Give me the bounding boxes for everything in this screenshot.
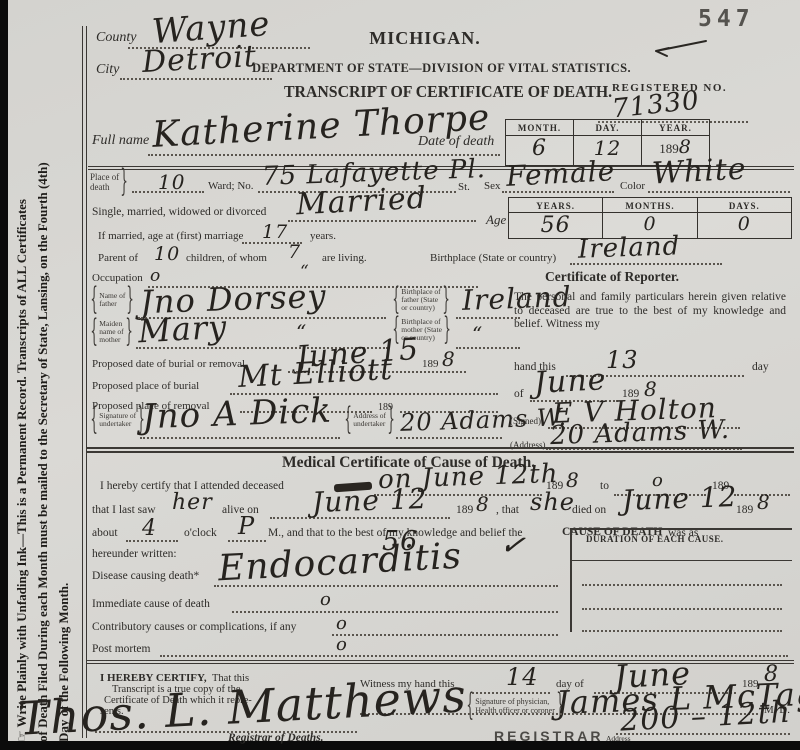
color-label: Color xyxy=(620,180,645,192)
brace-glyph: } xyxy=(125,314,132,350)
father-name-label: { Name of father } xyxy=(90,292,135,308)
duration-header: DURATION OF EACH CAUSE. xyxy=(586,534,724,544)
reporter-body-text: The personal and family particulars here… xyxy=(514,291,786,332)
brace-glyph: { xyxy=(90,402,97,438)
ward-line xyxy=(132,191,204,193)
color-line xyxy=(648,191,790,193)
marital-label: Single, married, widowed or divorced xyxy=(92,206,266,218)
brace-glyph: } xyxy=(387,402,394,438)
mother-birthplace-line xyxy=(456,347,520,349)
father-label-2: father xyxy=(99,300,125,308)
reporter-day-label: day xyxy=(752,361,769,373)
place-of-death-label: Place of death } xyxy=(90,172,129,192)
margin-instructions-line1: ☞ Write Plainly with Unfading Ink—This i… xyxy=(11,0,32,742)
birthplace-line xyxy=(570,263,722,265)
section-rule-2b xyxy=(86,451,794,453)
med-l2-date2: June 12 xyxy=(621,480,737,517)
burial-date-label: Proposed date of burial or removal xyxy=(92,358,245,370)
sex-line xyxy=(502,191,614,193)
undertaker-signature-label: { Signature of undertaker } xyxy=(90,412,145,428)
undertaker-address-label: { Address of undertaker } xyxy=(344,412,395,428)
footer-address-line xyxy=(616,733,790,735)
med-l2-her: her xyxy=(172,490,213,515)
age-days-header: DAYS. xyxy=(698,198,791,212)
age-years-value: 56 xyxy=(541,213,571,238)
are-living-label: are living. xyxy=(322,252,367,264)
undertaker-address-value: 20 Adams W. xyxy=(400,403,568,437)
marital-value: Married xyxy=(295,181,427,223)
postmortem-line xyxy=(160,655,788,657)
parent-of-label: Parent of xyxy=(98,252,138,264)
age-days-value: 0 xyxy=(738,213,751,235)
occupation-label: Occupation xyxy=(92,272,143,284)
margin-instructions-line3: Day of the Following Month. xyxy=(53,0,74,742)
marriage-years-label: years. xyxy=(310,230,336,242)
undertaker-sig-label-2: undertaker xyxy=(99,420,136,428)
mother-label-3: mother xyxy=(99,336,123,344)
med-l2-she: she xyxy=(530,488,575,516)
marriage-age-label: If married, age at (first) marriage xyxy=(98,230,243,242)
footer-day-value: 14 xyxy=(506,663,539,691)
med-l2-y2-digit: 8 xyxy=(757,490,771,514)
st-label: St. xyxy=(458,181,470,193)
children-count-value: 10 xyxy=(154,243,180,265)
form-left-rule-outer xyxy=(82,26,83,738)
brace-glyph: { xyxy=(90,282,97,318)
margin-instructions-line2: of Death Filed During each Month must be… xyxy=(32,0,53,742)
mother-name-value: Mary xyxy=(137,308,228,351)
med-l2-y1-digit: 8 xyxy=(476,492,490,516)
brace-glyph: } xyxy=(443,312,450,348)
dod-month-header: MONTH. xyxy=(506,120,574,135)
contributory-value: o xyxy=(336,613,348,634)
city-label: City xyxy=(96,62,119,78)
reporter-day-value: 13 xyxy=(606,346,639,374)
color-value: White xyxy=(651,152,747,192)
department-line: DEPARTMENT OF STATE—DIVISION OF VITAL ST… xyxy=(252,61,631,76)
med-l3-oclock: o'clock xyxy=(184,527,217,539)
disease-line xyxy=(214,585,558,587)
registrar-stamp: REGISTRAR xyxy=(494,728,603,744)
immediate-cause-label: Immediate cause of death xyxy=(92,598,210,610)
med-l2-y2-printed: 189 xyxy=(736,504,753,516)
contributory-line xyxy=(332,634,558,636)
undertaker-address-line xyxy=(396,437,502,439)
reporter-address-value: 20 Adams W. xyxy=(550,415,731,451)
med-l3-line-2 xyxy=(228,540,266,542)
marriage-age-value: 17 xyxy=(262,221,288,243)
duration-box-left-border xyxy=(570,528,572,632)
mother-birthplace-ditto: “ xyxy=(472,322,483,346)
scan-left-edge xyxy=(0,0,8,750)
mother-name-label: { Maiden name of mother } xyxy=(90,320,133,344)
reporter-title: Certificate of Reporter. xyxy=(545,269,679,285)
footer-witness-line-1 xyxy=(472,692,550,694)
sex-label: Sex xyxy=(484,180,501,192)
undertaker-addr-label-2: undertaker xyxy=(353,420,386,428)
brace-glyph: } xyxy=(127,282,134,318)
marital-line xyxy=(288,220,476,222)
place-label-1: Place of xyxy=(90,172,119,182)
duration-box-top-border xyxy=(570,528,792,530)
date-of-death-label: Date of death xyxy=(418,134,494,150)
duration-row-line-2 xyxy=(582,608,782,610)
med-hereunder-label: hereunder written: xyxy=(92,548,177,560)
duration-row-line-1 xyxy=(582,584,782,586)
page-number-stamp: 547 xyxy=(698,6,755,32)
children-of-whom-label: children, of whom xyxy=(186,252,267,264)
dod-year-printed: 189 xyxy=(659,141,679,156)
county-label: County xyxy=(96,30,136,46)
postmortem-value: o xyxy=(336,634,348,655)
margin-instructions: ☞ Write Plainly with Unfading Ink—This i… xyxy=(9,0,75,742)
brace-glyph: { xyxy=(344,402,351,438)
physician-label-1: Signature of physician, xyxy=(475,697,555,706)
brace-glyph: } xyxy=(121,164,128,200)
birthplace-label: Birthplace (State or country) xyxy=(430,252,556,264)
death-certificate-scan: ☞ Write Plainly with Unfading Ink—This i… xyxy=(0,0,800,750)
dod-day-header: DAY. xyxy=(574,120,642,135)
state-title: MICHIGAN. xyxy=(340,28,510,49)
med-l1-to-label: to xyxy=(600,480,609,492)
disease-label: Disease causing death* xyxy=(92,570,199,582)
form-left-rule-inner xyxy=(86,26,87,738)
scan-bottom-edge xyxy=(0,741,800,750)
burial-place-label: Proposed place of burial xyxy=(92,380,199,392)
med-l3-meridiem: P xyxy=(238,512,255,540)
birthplace-value: Ireland xyxy=(578,231,681,265)
father-birthplace-line xyxy=(456,317,520,319)
postmortem-label: Post mortem xyxy=(92,643,150,655)
burial-year-digit: 8 xyxy=(442,347,456,371)
undertaker-signature-line xyxy=(140,437,340,439)
reporter-signed-label: (Signed) xyxy=(510,416,541,426)
immediate-cause-line xyxy=(232,611,558,613)
med-l2-c: , that xyxy=(496,504,519,516)
med-l3-about: about xyxy=(92,527,118,539)
med-l2-date1: June 12 xyxy=(311,482,427,519)
med-l2-d: died on xyxy=(572,504,606,516)
duration-row-line-3 xyxy=(582,630,782,632)
full-name-label: Full name xyxy=(92,133,149,149)
section-rule-2a xyxy=(86,447,794,449)
reporter-of-label: of xyxy=(514,388,524,400)
city-value: Detroit xyxy=(141,39,258,80)
duration-box-header-underline xyxy=(570,560,792,561)
immediate-cause-value: o xyxy=(320,589,332,610)
children-living-value: 7 xyxy=(288,241,301,263)
age-months-header: MONTHS. xyxy=(603,198,697,212)
med-l2-a: that I last saw xyxy=(92,504,156,516)
age-years-header: YEARS. xyxy=(509,198,603,212)
place-label-2: death xyxy=(90,182,119,192)
brace-glyph: { xyxy=(90,314,97,350)
contributory-label: Contributory causes or complications, if… xyxy=(92,621,296,633)
city-line xyxy=(120,78,272,80)
med-l2-y1-printed: 189 xyxy=(456,504,473,516)
father-birthplace-label: { Birthplace of father (State or country… xyxy=(392,288,450,312)
father-bp-label-3: or country) xyxy=(401,304,440,312)
undertaker-signature-value: Jno A Dick xyxy=(141,391,332,438)
ward-label: Ward; No. xyxy=(208,180,254,192)
dod-year-header: YEAR. xyxy=(642,120,709,135)
med-l3-hour: 4 xyxy=(142,516,157,541)
sex-value: Female xyxy=(505,154,616,193)
handdrawn-arrow-icon xyxy=(646,36,710,58)
med-checkmark: ✓ xyxy=(498,526,529,564)
burial-year-printed: 189 xyxy=(422,358,439,370)
age-label: Age xyxy=(486,212,506,228)
